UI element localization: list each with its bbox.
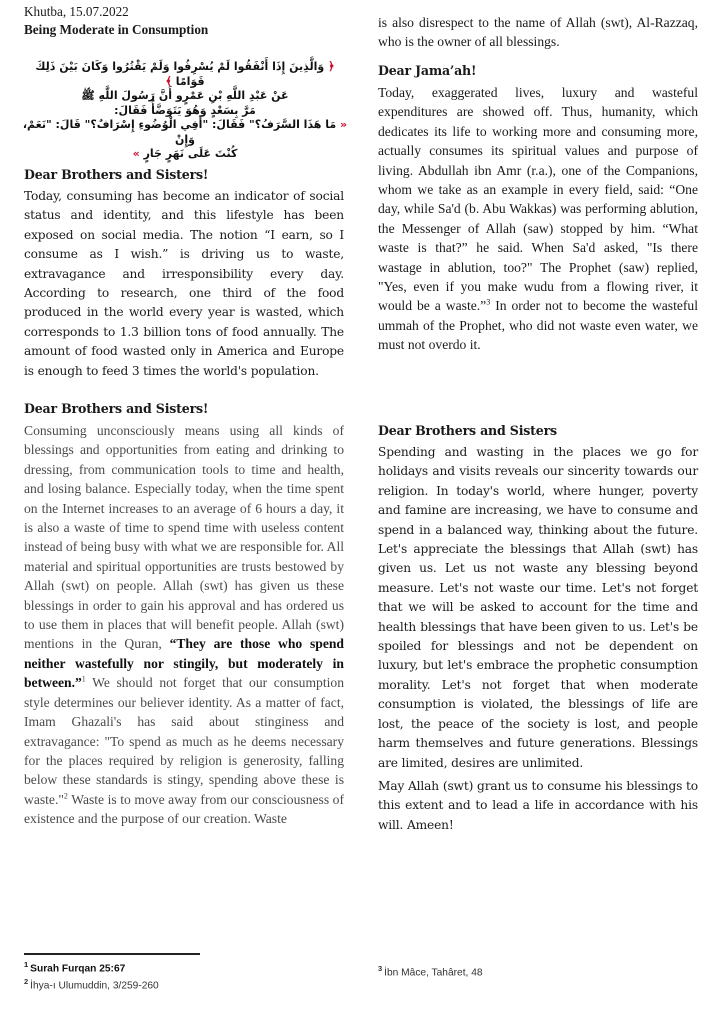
section-4-paragraph: Spending and wasting in the places we go…	[378, 443, 698, 773]
section-3-text-a: Today, exaggerated lives, luxury and was…	[378, 85, 698, 313]
footnote-2-number: 2	[24, 977, 28, 986]
footnote-2: 2İhya-ı Ulumuddin, 3/259-260	[24, 977, 159, 991]
footnote-3: 3İbn Mâce, Tahâret, 48	[378, 964, 483, 978]
hadith-line-3: « مَا هَذَا السَّرَفُ؟" فَقَالَ: "أَفِي …	[20, 118, 350, 147]
footnote-1-text: Surah Furqan 25:67	[30, 963, 125, 974]
section-2-text-c: Waste is to move away from our conscious…	[24, 792, 344, 826]
footnote-3-number: 3	[378, 964, 382, 973]
footnote-1-number: 1	[24, 960, 28, 969]
section-1-paragraph: Today, consuming has become an indicator…	[24, 187, 344, 381]
khutba-page: Khutba, 15.07.2022 Being Moderate in Con…	[0, 0, 724, 1024]
footnote-2-text: İhya-ı Ulumuddin, 3/259-260	[30, 980, 159, 991]
verse-text: وَالَّذِينَ إِذَا أَنْفَقُوا لَمْ يُسْرِ…	[35, 60, 324, 88]
section-2-text-a: Consuming unconsciously means using all …	[24, 423, 344, 651]
footnote-1: 1Surah Furqan 25:67	[24, 960, 125, 974]
section-4-heading: Dear Brothers and Sisters	[378, 422, 698, 440]
hadith-close-quote: »	[133, 147, 140, 160]
closing-prayer: May Allah (swt) grant us to consume his …	[378, 777, 698, 835]
section-2-text-b: We should not forget that our consumptio…	[24, 675, 344, 806]
section-2: Dear Brothers and Sisters! Consuming unc…	[24, 400, 344, 829]
section-2-paragraph: Consuming unconsciously means using all …	[24, 421, 344, 829]
section-3: Dear Jama’ah! Today, exaggerated lives, …	[378, 62, 698, 355]
hadith-line-4: كُنْتَ عَلَى نَهَرٍ جَارٍ »	[20, 147, 350, 162]
hadith-line-1: عَنْ عَبْدِ اللَّهِ بْنِ عَمْرٍو أَنَّ ر…	[20, 89, 350, 104]
hadith-text-3: مَا هَذَا السَّرَفُ؟" فَقَالَ: "أَفِي ال…	[23, 118, 336, 146]
arabic-verse-and-hadith: ﴿ وَالَّذِينَ إِذَا أَنْفَقُوا لَمْ يُسْ…	[20, 60, 350, 162]
section-3-heading: Dear Jama’ah!	[378, 62, 698, 80]
hadith-line-2: مَرَّ بِسَعْدٍ وَهُوَ يَتَوَضَّأُ فَقَال…	[20, 104, 350, 119]
footnote-3-text: İbn Mâce, Tahâret, 48	[384, 967, 482, 978]
section-1-heading: Dear Brothers and Sisters!	[24, 166, 344, 184]
date-line: Khutba, 15.07.2022	[24, 4, 129, 20]
section-3-paragraph: Today, exaggerated lives, luxury and was…	[378, 83, 698, 355]
quran-verse: ﴿ وَالَّذِينَ إِذَا أَنْفَقُوا لَمْ يُسْ…	[20, 60, 350, 89]
page-title: Being Moderate in Consumption	[24, 22, 208, 38]
section-1: Dear Brothers and Sisters! Today, consum…	[24, 166, 344, 381]
footnote-divider	[24, 953, 200, 955]
section-2-heading: Dear Brothers and Sisters!	[24, 400, 344, 418]
hadith-text-4: كُنْتَ عَلَى نَهَرٍ جَارٍ	[144, 147, 238, 160]
continuation-paragraph: is also disrespect to the name of Allah …	[378, 13, 698, 52]
verse-close-bracket: ﴾	[165, 75, 171, 88]
hadith-open-quote: «	[340, 118, 347, 131]
verse-open-bracket: ﴿	[328, 60, 334, 73]
section-4: Dear Brothers and Sisters Spending and w…	[378, 422, 698, 835]
